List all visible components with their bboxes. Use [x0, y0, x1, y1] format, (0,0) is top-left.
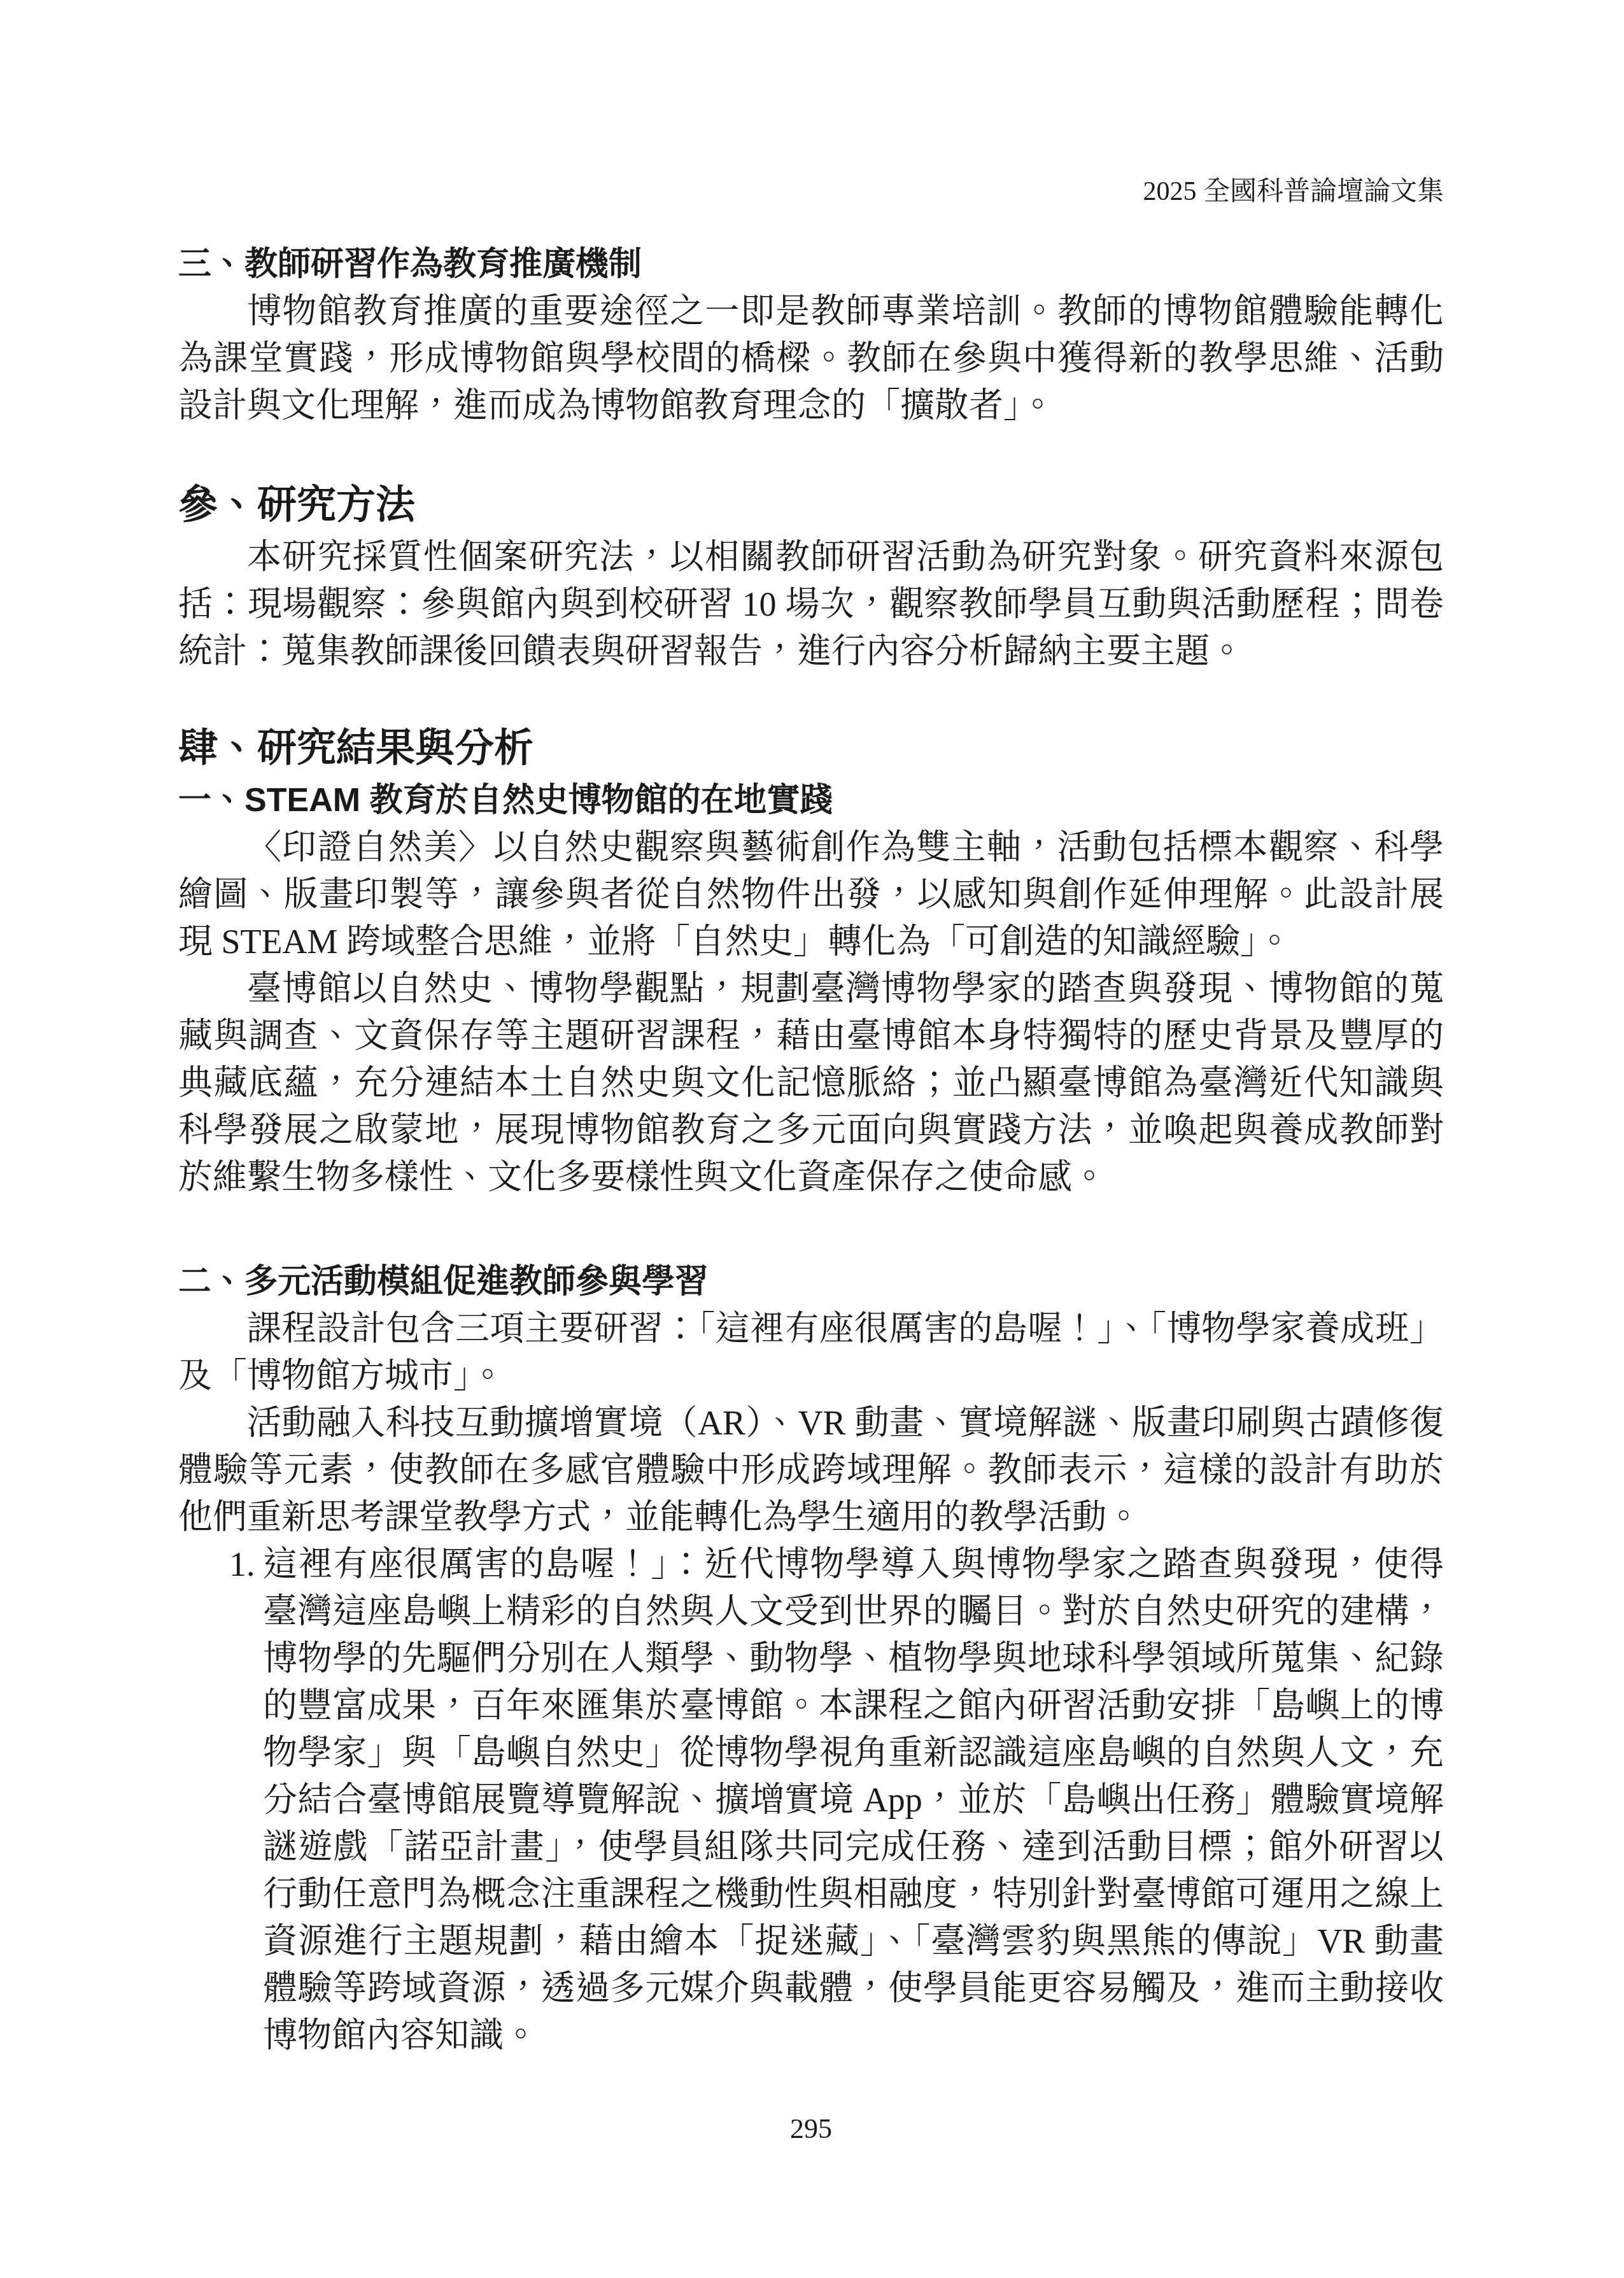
paragraph-steam-2: 臺博館以自然史、博物學觀點，規劃臺灣博物學家的踏查與發現、博物館的蒐藏與調查、文…: [178, 965, 1444, 1201]
paragraph-method: 本研究採質性個案研究法，以相關教師研習活動為研究對象。研究資料來源包括：現場觀察…: [178, 534, 1444, 675]
page-number: 295: [178, 2114, 1444, 2144]
subsection-heading-steam: 一、STEAM 教育於自然史博物館的在地實踐: [178, 777, 1444, 824]
section-heading-method: 參、研究方法: [178, 478, 1444, 534]
paragraph-steam-1: 〈印證自然美〉以自然史觀察與藝術創作為雙主軸，活動包括標本觀察、科學繪圖、版畫印…: [178, 824, 1444, 965]
section-heading-results: 肆、研究結果與分析: [178, 721, 1444, 777]
document-page: 2025 全國科普論壇論文集 三、教師研習作為教育推廣機制 博物館教育推廣的重要…: [0, 0, 1624, 2278]
running-header: 2025 全國科普論壇論文集: [178, 177, 1444, 206]
paragraph-teacher-training: 博物館教育推廣的重要途徑之一即是教師專業培訓。教師的博物館體驗能轉化為課堂實踐，…: [178, 288, 1444, 429]
list-item-text: 這裡有座很厲害的島喔！」：近代博物學導入與博物學家之踏查與發現，使得臺灣這座島嶼…: [263, 1545, 1444, 2055]
paragraph-modules-1: 課程設計包含三項主要研習：「這裡有座很厲害的島喔！」、「博物學家養成班」及「博物…: [178, 1305, 1444, 1399]
section-heading-teacher-training: 三、教師研習作為教育推廣機制: [178, 241, 1444, 288]
subsection-heading-modules: 二、多元活動模組促進教師參與學習: [178, 1258, 1444, 1305]
list-item: 1. 這裡有座很厲害的島喔！」：近代博物學導入與博物學家之踏查與發現，使得臺灣這…: [178, 1541, 1444, 2059]
numbered-list: 1. 這裡有座很厲害的島喔！」：近代博物學導入與博物學家之踏查與發現，使得臺灣這…: [178, 1541, 1444, 2059]
paragraph-modules-2: 活動融入科技互動擴增實境（AR）、VR 動畫、實境解謎、版畫印刷與古蹟修復體驗等…: [178, 1399, 1444, 1541]
list-item-number: 1.: [229, 1541, 255, 1588]
